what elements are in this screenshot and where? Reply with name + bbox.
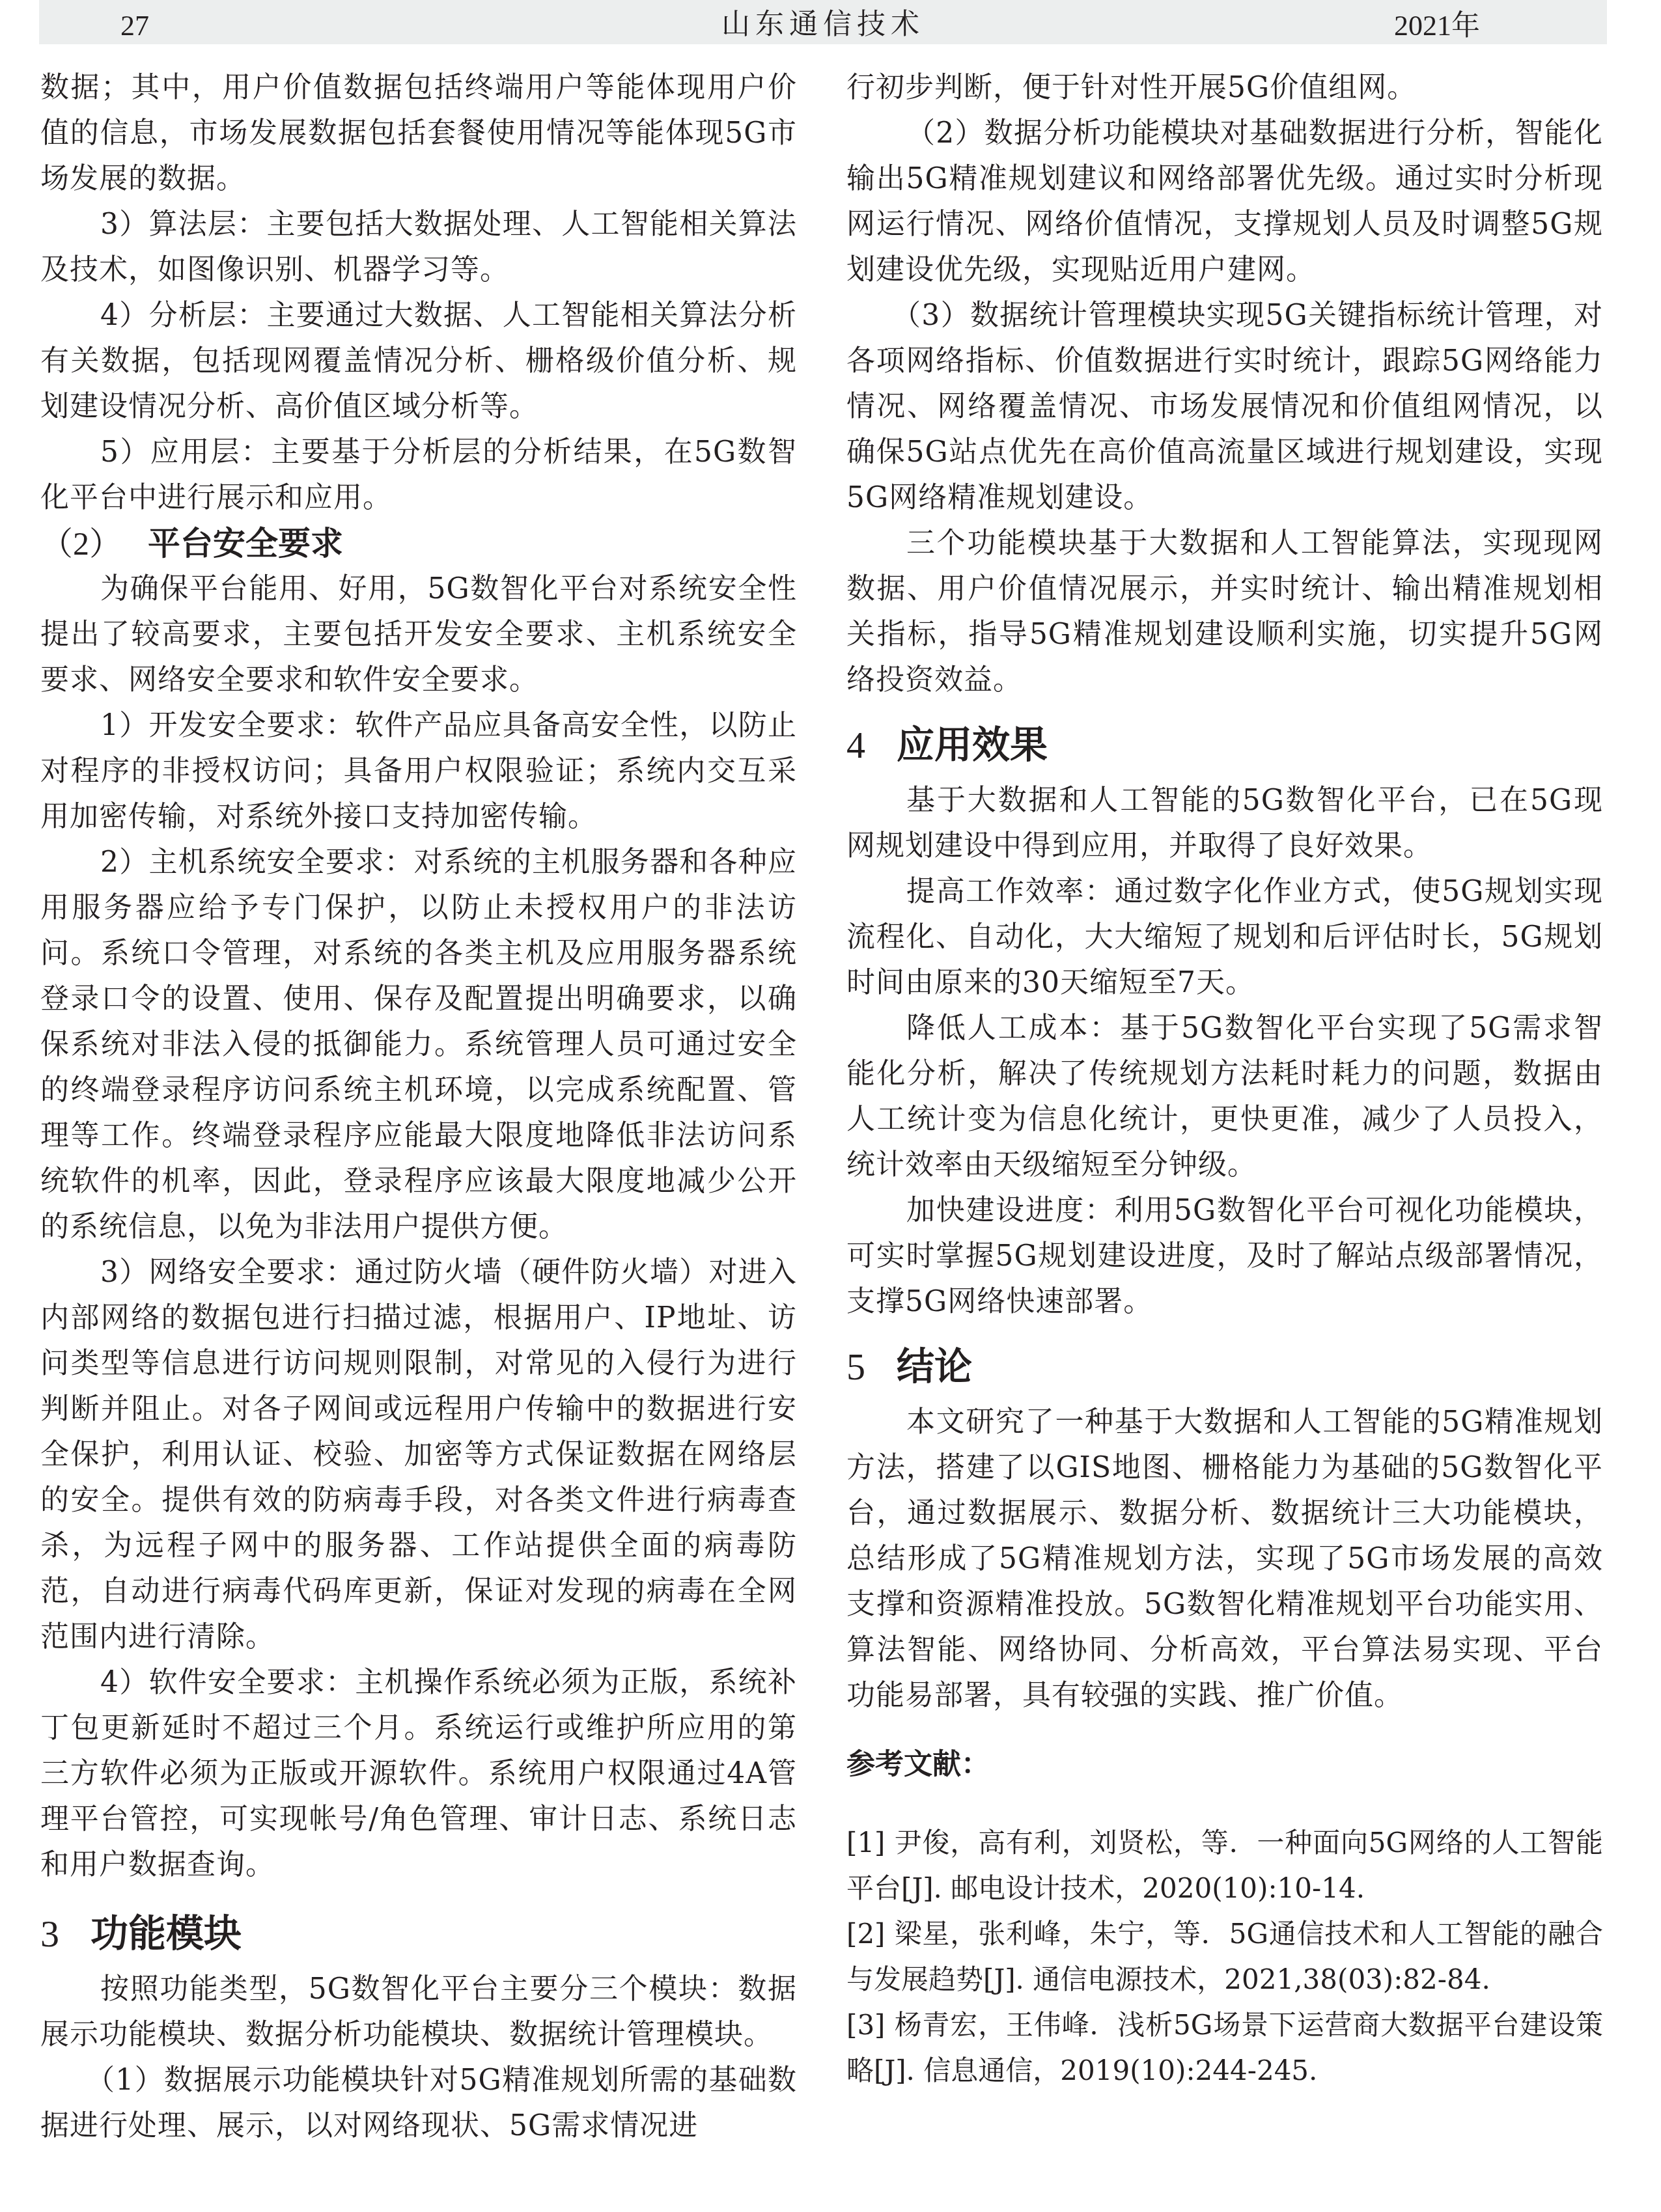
section-number: 4 [846,724,865,766]
paragraph: 三个功能模块基于大数据和人工智能算法，实现现网数据、用户价值情况展示，并实时统计… [846,521,1603,703]
subsection-heading-platform-security: （2）平台安全要求 [40,521,797,566]
reference-item: [1] 尹俊，高有利，刘贤松，等．一种面向5G网络的人工智能平台[J]. 邮电设… [846,1820,1603,1911]
references-heading: 参考文献： [846,1742,1603,1788]
running-header: 27 山东通信技术 2021年 [39,0,1607,44]
paragraph-network-security: 3）网络安全要求：通过防火墙（硬件防火墙）对进入内部网络的数据包进行扫描过滤，根… [40,1250,797,1660]
paragraph-conclusion: 本文研究了一种基于大数据和人工智能的5G精准规划方法，搭建了以GIS地图、栅格能… [846,1400,1603,1719]
paragraph-cost: 降低人工成本：基于5G数智化平台实现了5G需求智能化分析，解决了传统规划方法耗时… [846,1006,1603,1188]
paragraph: （3）数据统计管理模块实现5G关键指标统计管理，对各项网络指标、价值数据进行实时… [846,293,1603,521]
paragraph: 行初步判断，便于针对性开展5G价值组网。 [846,65,1603,111]
section-title: 应用效果 [897,723,1048,767]
paragraph-dev-security: 1）开发安全要求：软件产品应具备高安全性，以防止对程序的非授权访问；具备用户权限… [40,703,797,840]
paragraph: （2）数据分析功能模块对基础数据进行分析，智能化输出5G精准规划建议和网络部署优… [846,111,1603,293]
paragraph-application-layer: 5）应用层：主要基于分析层的分析结果，在5G数智化平台中进行展示和应用。 [40,430,797,521]
paragraph: 按照功能类型，5G数智化平台主要分三个模块：数据展示功能模块、数据分析功能模块、… [40,1967,797,2058]
paragraph-algorithm-layer: 3）算法层：主要包括大数据处理、人工智能相关算法及技术，如图像识别、机器学习等。 [40,202,797,293]
subsection-number: （2） [40,525,122,562]
journal-title: 山东通信技术 [39,8,1607,42]
paragraph-progress: 加快建设进度：利用5G数智化平台可视化功能模块，可实时掌握5G规划建设进度，及时… [846,1188,1603,1325]
section-number: 5 [846,1346,865,1388]
subsection-title: 平台安全要求 [148,525,343,562]
right-column: 行初步判断，便于针对性开展5G价值组网。 （2）数据分析功能模块对基础数据进行分… [846,65,1603,2094]
section-title: 结论 [897,1344,972,1389]
left-column: 数据；其中，用户价值数据包括终端用户等能体现用户价值的信息，市场发展数据包括套餐… [40,65,797,2149]
paragraph-host-security: 2）主机系统安全要求：对系统的主机服务器和各种应用服务器应给予专门保护，以防止未… [40,840,797,1250]
paragraph: （1）数据展示功能模块针对5G精准规划所需的基础数据进行处理、展示，以对网络现状… [40,2058,797,2149]
paragraph: 数据；其中，用户价值数据包括终端用户等能体现用户价值的信息，市场发展数据包括套餐… [40,65,797,202]
reference-item: [2] 梁星，张利峰，朱宁，等．5G通信技术和人工智能的融合与发展趋势[J]. … [846,1911,1603,2002]
reference-item: [3] 杨青宏，王伟峰．浅析5G场景下运营商大数据平台建设策略[J]. 信息通信… [846,2002,1603,2094]
paragraph: 基于大数据和人工智能的5G数智化平台，已在5G现网规划建设中得到应用，并取得了良… [846,778,1603,869]
section-heading-function-modules: 3功能模块 [40,1907,797,1960]
section-title: 功能模块 [91,1911,242,1956]
paragraph-efficiency: 提高工作效率：通过数字化作业方式，使5G规划实现流程化、自动化，大大缩短了规划和… [846,869,1603,1006]
section-heading-conclusion: 5结论 [846,1340,1603,1393]
section-heading-application-effect: 4应用效果 [846,719,1603,771]
paragraph-analysis-layer: 4）分析层：主要通过大数据、人工智能相关算法分析有关数据，包括现网覆盖情况分析、… [40,293,797,430]
paragraph: 为确保平台能用、好用，5G数智化平台对系统安全性提出了较高要求，主要包括开发安全… [40,566,797,703]
section-number: 3 [40,1913,59,1955]
paragraph-software-security: 4）软件安全要求：主机操作系统必须为正版，系统补丁包更新延时不超过三个月。系统运… [40,1660,797,1888]
issue-year: 2021年 [1394,9,1480,43]
